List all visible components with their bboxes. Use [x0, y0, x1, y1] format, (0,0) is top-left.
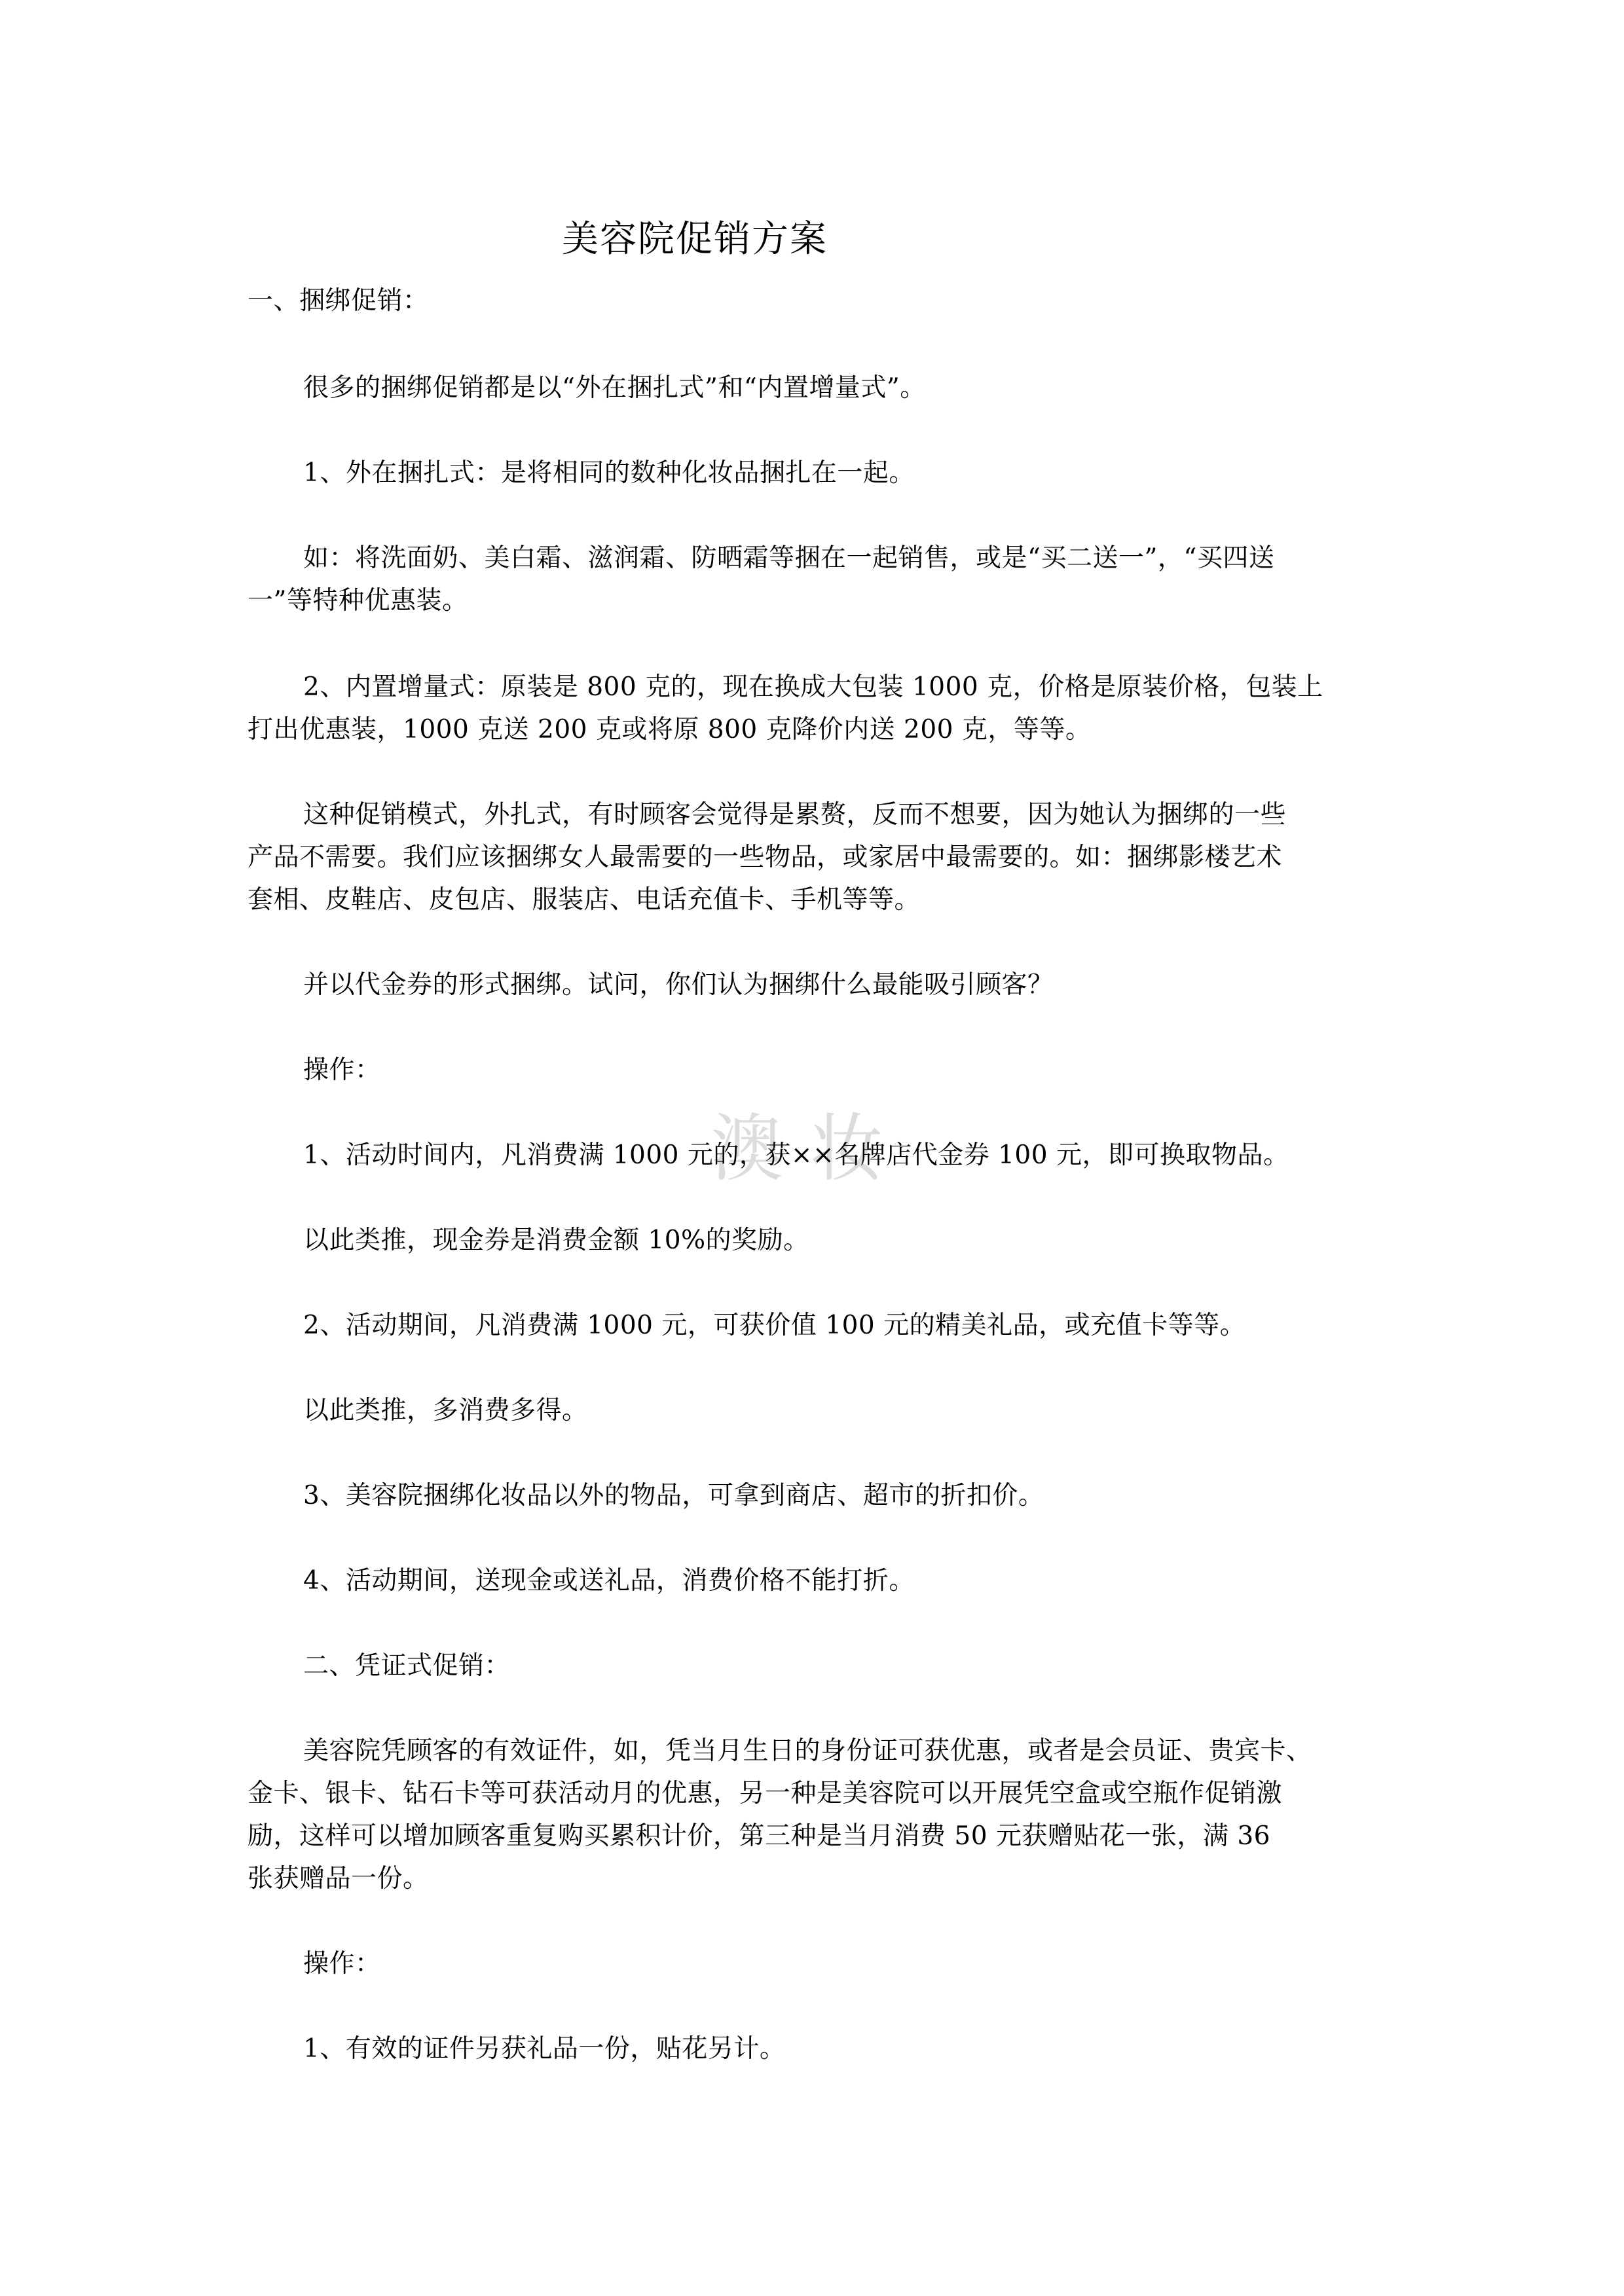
paragraph-line: 以此类推，多消费多得。	[303, 1389, 1379, 1432]
paragraph-line: 如：将洗面奶、美白霜、滋润霜、防晒霜等捆在一起销售，或是“买二送一”，“买四送	[303, 537, 1379, 579]
paragraph-line: 一”等特种优惠装。	[248, 579, 1379, 622]
paragraph-line: 励，这样可以增加顾客重复购买累积计价，第三种是当月消费 50 元获赠贴花一张，满…	[248, 1815, 1379, 1857]
paragraph-line: 产品不需要。我们应该捆绑女人最需要的一些物品，或家居中最需要的。如：捆绑影楼艺术	[248, 836, 1379, 879]
operation-label: 操作：	[303, 1049, 1379, 1091]
paragraph-line: 2、内置增量式：原装是 800 克的，现在换成大包装 1000 克，价格是原装价…	[303, 666, 1379, 708]
paragraph-line: 套相、皮鞋店、皮包店、服装店、电话充值卡、手机等等。	[248, 879, 1379, 921]
operation-item: 4、活动期间，送现金或送礼品，消费价格不能打折。	[303, 1559, 1379, 1602]
paragraph-line: 张获赠品一份。	[248, 1857, 1379, 1900]
operation-item: 1、活动时间内，凡消费满 1000 元的，获××名牌店代金券 100 元，即可换…	[303, 1134, 1379, 1176]
paragraph-line: 这种促销模式，外扎式，有时顾客会觉得是累赘，反而不想要，因为她认为捆绑的一些	[303, 793, 1379, 836]
paragraph-line: 打出优惠装，1000 克送 200 克或将原 800 克降价内送 200 克，等…	[248, 708, 1379, 751]
document-title: 美容院促销方案	[562, 213, 828, 266]
operation-item: 1、有效的证件另获礼品一份，贴花另计。	[303, 2028, 1379, 2070]
paragraph-line: 以此类推，现金券是消费金额 10%的奖励。	[303, 1219, 1379, 1262]
operation-item: 3、美容院捆绑化妆品以外的物品，可拿到商店、超市的折扣价。	[303, 1474, 1379, 1517]
operation-label: 操作：	[303, 1942, 1379, 1985]
paragraph-line: 1、外在捆扎式：是将相同的数种化妆品捆扎在一起。	[303, 452, 1379, 494]
paragraph-line: 美容院凭顾客的有效证件，如，凭当月生日的身份证可获优惠，或者是会员证、贵宾卡、	[303, 1730, 1379, 1772]
paragraph-line: 很多的捆绑促销都是以“外在捆扎式”和“内置增量式”。	[303, 367, 1379, 409]
section-heading-bundle-promotion: 一、捆绑促销：	[248, 280, 1379, 322]
section-heading-voucher-promotion: 二、凭证式促销：	[303, 1645, 1379, 1687]
document-page: 澳妆 美容院促销方案 一、捆绑促销： 很多的捆绑促销都是以“外在捆扎式”和“内置…	[0, 0, 1624, 2296]
operation-item: 2、活动期间，凡消费满 1000 元，可获价值 100 元的精美礼品，或充值卡等…	[303, 1304, 1379, 1347]
paragraph-line: 金卡、银卡、钻石卡等可获活动月的优惠，另一种是美容院可以开展凭空盒或空瓶作促销激	[248, 1772, 1379, 1815]
paragraph-line: 并以代金券的形式捆绑。试问，你们认为捆绑什么最能吸引顾客？	[303, 964, 1379, 1006]
